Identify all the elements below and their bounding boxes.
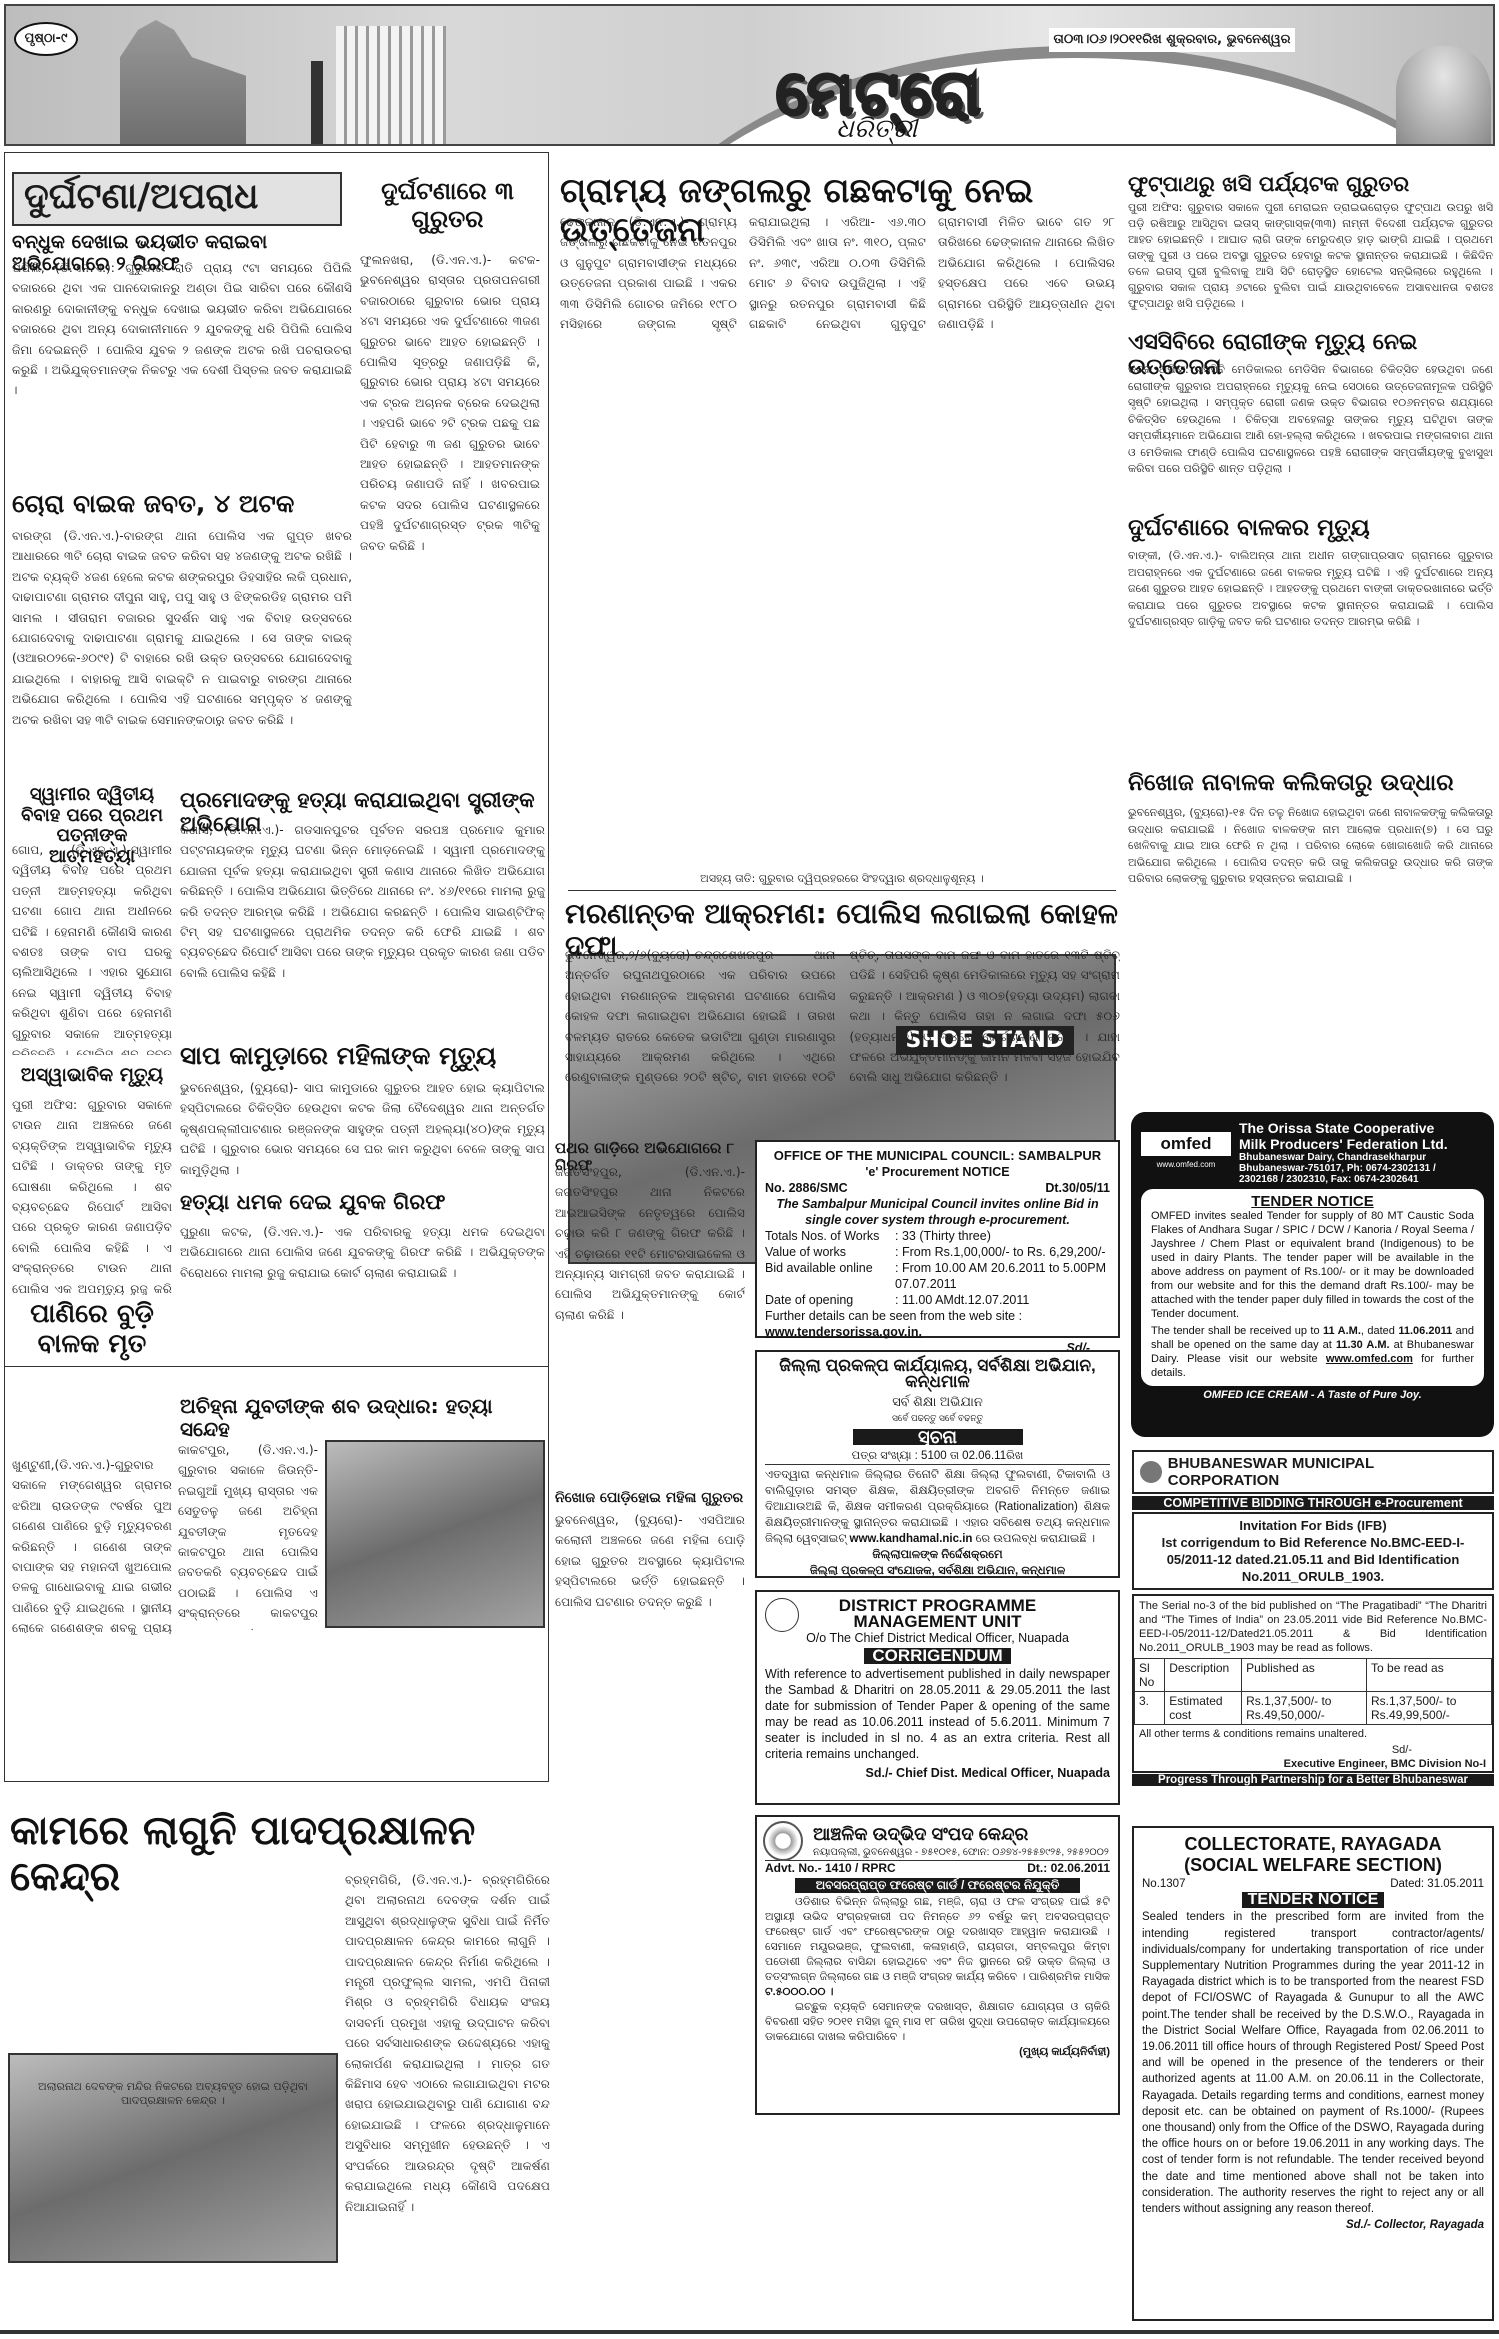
ssa-logo-tagline: ସର୍ବେ ପଢନ୍ତୁ ସର୍ବେ ବଢନ୍ତୁ	[765, 1410, 1110, 1426]
row-value: : 33 (Thirty three)	[895, 1228, 1110, 1244]
temple-image	[66, 20, 246, 144]
photo-caption: ଅଲାରନାଥ ଦେବଙ୍କ ମନ୍ଦିର ନିକଟରେ ଅବ୍ୟବହୃତ ହୋ…	[8, 2080, 338, 2108]
article-body: ଫୁଲନଖରା, (ଡି.ଏନ.ଏ.)- କଟକ-ଭୁବନେଶ୍ୱର ରାସ୍ତ…	[360, 250, 540, 725]
signatory: Sd./- Chief Dist. Medical Officer, Nuapa…	[765, 1765, 1110, 1781]
ad-title: MANAGEMENT UNIT	[765, 1614, 1110, 1630]
article-body: ବାରଙ୍ଗ (ଡି.ଏନ.ଏ.)-ବାରଙ୍ଗ ଥାନା ପୋଲିସ ଏକ ଗ…	[12, 526, 352, 726]
ad-body: The Serial no-3 of the bid published on …	[1134, 1596, 1492, 1658]
org-address: Bhubaneswar-751017, Ph: 0674-2302131 /	[1239, 1163, 1484, 1174]
date-line: ତା୦୩।୦୬।୨୦୧୧ରିଖ ଶୁକ୍ରବାର, ଭୁବନେଶ୍ୱର	[1049, 28, 1295, 52]
ad-body-text: ରେ ଉପଲବ୍ଧ କରାଯାଇଛି ।	[976, 1533, 1095, 1545]
headline: ସାପ କାମୁଡ଼ାରେ ମହିଳାଙ୍କ ମୃତ୍ୟୁ	[180, 1042, 545, 1071]
statue-image	[311, 61, 323, 146]
section-title: ଦୁର୍ଘଟଣା/ଅପରାଧ	[12, 172, 342, 226]
ad-ref-no: No.1307	[1142, 1876, 1185, 1892]
ad-title: COLLECTORATE, RAYAGADA	[1142, 1834, 1484, 1855]
ad-title: (SOCIAL WELFARE SECTION)	[1142, 1855, 1484, 1876]
omfed-tagline: OMFED ICE CREAM - A Taste of Pure Joy.	[1141, 1389, 1484, 1401]
article-body: ଢେଙ୍କାନାଳ, (ଡି.ଏନ.ଏ.)- ଗ୍ରାମ୍ୟ ଜଙ୍ଗଲରୁ ଗ…	[560, 212, 1115, 542]
divider	[568, 890, 1116, 891]
bmc-logo-icon	[1140, 1461, 1162, 1483]
headline: ନିଖୋଜ ନାବାଳକ କଲିକତାରୁ ଉଦ୍ଧାର	[1128, 770, 1496, 796]
ad-address: ନୟାପଲ୍ଲୀ, ଭୁବନେଶ୍ୱର - ୭୫୧୦୧୫, ଫୋନ: ୦୬୭୪-…	[765, 1845, 1110, 1861]
ad-ref-no: No. 2886/SMC	[765, 1180, 848, 1196]
headline: ଦୁର୍ଘଟଣାରେ ବାଳକର ମୃତ୍ୟୁ	[1128, 515, 1496, 541]
article-body: ବାଙ୍କୀ, (ଡି.ଏନ.ଏ.)- ବାଲିଅନ୍ତା ଥାନା ଅଧୀନ …	[1128, 548, 1493, 763]
ad-body: Sealed tenders in the prescribed form ar…	[1142, 1909, 1484, 2217]
ad-intro: The Sambalpur Municipal Council invites …	[765, 1196, 1110, 1228]
ad-body: With reference to advertisement publishe…	[765, 1666, 1110, 1762]
table-header: Published as	[1242, 1659, 1367, 1692]
org-address: Bhubaneswar Dairy, Chandrasekharpur	[1239, 1152, 1484, 1163]
corrigendum-label: CORRIGENDUM	[864, 1648, 1010, 1664]
nrhm-logo-icon	[765, 1598, 799, 1632]
ssa-logo-text: ସର୍ବ ଶିକ୍ଷା ଅଭିଯାନ	[765, 1394, 1110, 1410]
article-body: ଭୁବନେଶ୍ୱର, (ବ୍ୟୁରୋ)- ଏସପିଆର କଲୋନୀ ଅଞ୍ଚଳର…	[555, 1510, 745, 1960]
ad-title: ଜିଲ୍ଲା ପ୍ରକଳ୍ପ କାର୍ଯ୍ୟାଳୟ, ସର୍ବଶିକ୍ଷା ଅଭ…	[765, 1358, 1110, 1390]
headline: ଦୁର୍ଘଟଣାରେ ୩ ଗୁରୁତର	[355, 178, 540, 233]
table-cell: Rs.1,37,500/- to Rs.49,99,500/-	[1367, 1692, 1492, 1725]
page-bottom-rule	[0, 2330, 1499, 2334]
table-cell: 3.	[1135, 1692, 1165, 1725]
ad-ref: ପତ୍ର ସଂଖ୍ୟା : 5100 ତା 02.06.11ରିଖ	[765, 1448, 1110, 1464]
article-body: କଟକ ଅଫିସ: ଏସସିବି ମେଡିକାଲର ମେଡିସିନ ବିଭାଗର…	[1128, 362, 1493, 512]
omfed-site: www.omfed.com	[1141, 1160, 1231, 1169]
headline: ଚୋରା ବାଇକ ଜବତ, ୪ ଅଟକ	[12, 490, 357, 519]
ad-website-link[interactable]: www.tendersorissa.gov.in.	[765, 1324, 1110, 1340]
ad-body: OMFED invites sealed Tender for supply o…	[1151, 1209, 1474, 1321]
row-key: Date of opening	[765, 1292, 895, 1308]
ad-date: Dated: 31.05.2011	[1390, 1876, 1484, 1892]
tender-notice-heading: TENDER NOTICE	[1242, 1892, 1385, 1908]
ad-date: Dt.: 02.06.2011	[1027, 1861, 1110, 1876]
receive-date: 11.06.2011	[1398, 1325, 1452, 1337]
omfed-website-link[interactable]: www.omfed.com	[1326, 1353, 1413, 1365]
headline: ଅସ୍ୱାଭାବିକ ମୃତ୍ୟୁ	[12, 1065, 172, 1087]
ad-bar: COMPETITIVE BIDDING THROUGH e-Procuremen…	[1132, 1496, 1494, 1510]
signatory: Executive Engineer, BMC Division No-I	[1134, 1757, 1492, 1771]
kandhamal-notice-ad: ଜିଲ୍ଲା ପ୍ରକଳ୍ପ କାର୍ଯ୍ୟାଳୟ, ସର୍ବଶିକ୍ଷା ଅଭ…	[755, 1350, 1120, 1578]
article-body: ପୁରୀ ଅଫିସ: ଗୁରୁବାର ସକାଳେ ପୁରୀ ମେରାଇନ ଡ୍ର…	[1128, 200, 1493, 325]
ad-banner: ଅବସରପ୍ରାପ୍ତ ଫରେଷ୍ଟ ଗାର୍ଡ / ଫରେଷ୍ଟର ନିଯୁକ…	[795, 1878, 1080, 1893]
bmc-tagline: Progress Through Partnership for a Bette…	[1132, 1774, 1494, 1786]
signatory: Sd./- Collector, Rayagada	[1142, 2217, 1484, 2233]
ad-title: OFFICE OF THE MUNICIPAL COUNCIL: SAMBALP…	[765, 1148, 1110, 1164]
row-key: Value of works	[765, 1244, 895, 1260]
ad-body-text: ଓଡିଶାର ବିଭିନ୍ନ ଜିଲ୍ଲାରୁ ଗଛ, ମଞ୍ଜି, ଚାରା …	[765, 1896, 1110, 1983]
omfed-logo: omfed	[1141, 1132, 1231, 1156]
ad-body-text: , dated	[1361, 1325, 1395, 1337]
masthead-arc	[626, 46, 1495, 146]
sambalpur-tender-ad: OFFICE OF THE MUNICIPAL COUNCIL: SAMBALP…	[755, 1140, 1120, 1338]
headline: ଫୁଟ୍‌ପାଥରୁ ଖସି ପର୍ଯ୍ୟଟକ ଗୁରୁତର	[1128, 172, 1496, 196]
page-number-badge: ପୃଷ୍ଠା-୯	[14, 22, 78, 56]
ad-further: Further details can be seen from the web…	[765, 1308, 1110, 1324]
rprc-recruitment-ad: ଆଞ୍ଚଳିକ ଉଦ୍ଭିଦ ସଂପଦ କେନ୍ଦ୍ର ନୟାପଲ୍ଲୀ, ଭୁ…	[755, 1815, 1120, 2115]
org-address: 2302168 / 2302310, Fax: 0674-2302641	[1239, 1174, 1484, 1185]
article-body: ଜଗତସିଂହପୁର, (ଡି.ଏନ.ଏ.)- ଜଗତସିଂହପୁର ଥାନା …	[555, 1162, 745, 1482]
headline: ପାଣିରେ ବୁଡ଼ି ବାଳକ ମୃତ	[12, 1300, 172, 1360]
bmc-ifb-ad: BHUBANESWAR MUNICIPAL CORPORATION COMPET…	[1132, 1450, 1494, 1790]
signatory: ଜିଲ୍ଲା ପ୍ରକଳ୍ପ ସଂଯୋଜକ, ସର୍ବଶିକ୍ଷା ଅଭିଯାନ…	[765, 1563, 1110, 1579]
advt-number: Advt. No.- 1410 / RPRC	[765, 1861, 896, 1876]
article-body: ଭୁବନେଶ୍ୱର, (ବ୍ୟୁରୋ)- ସାପ କାମୁଡାରେ ଗୁରୁତର…	[180, 1078, 545, 1183]
ad-date: Dt.30/05/11	[1045, 1180, 1110, 1196]
table-cell: Estimated cost	[1165, 1692, 1242, 1725]
rayagada-tender-ad: COLLECTORATE, RAYAGADA (SOCIAL WELFARE S…	[1132, 1826, 1494, 2321]
tender-notice-heading: TENDER NOTICE	[1151, 1195, 1474, 1209]
ad-subtitle: 'e' Procurement NOTICE	[765, 1164, 1110, 1180]
masthead: ପୃଷ୍ଠା-୯ ମେଟ୍ରୋ ଧରିତ୍ରୀ ତା୦୩।୦୬।୨୦୧୧ରିଖ …	[4, 4, 1495, 146]
ad-office: O/o The Chief District Medical Officer, …	[765, 1630, 1110, 1646]
row-value: : From 10.00 AM 20.6.2011 to 5.00PM 07.0…	[895, 1260, 1110, 1292]
terms-text: All other terms & conditions remains una…	[1134, 1725, 1492, 1743]
table-header: To be read as	[1367, 1659, 1492, 1692]
stupa-image	[1396, 46, 1491, 146]
headline: ନିଖୋଜ ପୋଡ଼ିହୋଇ ମହିଳା ଗୁରୁତର	[555, 1490, 745, 1506]
table-header: Sl No	[1135, 1659, 1165, 1692]
photo-caption: ଅସହ୍ୟ ତାତି: ଗୁରୁବାର ଦ୍ୱିପ୍ରହରରେ ସିଂହଦ୍ୱା…	[568, 872, 1116, 886]
ifb-title: Invitation For Bids (IFB)	[1137, 1517, 1489, 1534]
table-header: Description	[1165, 1659, 1242, 1692]
row-value: : 11.00 AMdt.12.07.2011	[895, 1292, 1110, 1308]
ifb-reference: Ist corrigendum to Bid Reference No.BMC-…	[1137, 1534, 1489, 1585]
row-key: Totals Nos. of Works	[765, 1228, 895, 1244]
ad-title: ଆଞ୍ଚଳିକ ଉଦ୍ଭିଦ ସଂପଦ କେନ୍ଦ୍ର	[765, 1823, 1110, 1845]
article-body: ଗୋପ, (ଡି.ଏନ.ଏ.)-ସ୍ୱାମୀର ଦ୍ୱିତୀୟ ବିବାହ ପର…	[12, 840, 172, 1055]
signatory: (ମୁଖ୍ୟ କାର୍ଯ୍ୟନିର୍ବାହୀ)	[765, 2045, 1110, 2060]
ad-website-link[interactable]: www.kandhamal.nic.in	[850, 1533, 973, 1545]
dpmu-corrigendum-ad: DISTRICT PROGRAMME MANAGEMENT UNIT O/o T…	[755, 1590, 1120, 1805]
article-body: ବ୍ରହ୍ମଗିରି, (ଡି.ଏନ.ଏ.)- ବ୍ରହ୍ମଗିରିରେ ଥିବ…	[345, 1870, 550, 2330]
article-body: ପୁରୀ ଅଫିସ: ଗୁରୁବାର ସକାଳେ ଟାଉନ ଥାନା ଅଞ୍ଚଳ…	[12, 1095, 172, 1295]
newspaper-logo-sub: ଧରିତ୍ରୀ	[836, 114, 917, 145]
by-order: ଜିଲ୍ଲାପାଳଙ୍କ ନିର୍ଦ୍ଦେଶକ୍ରମେ	[765, 1547, 1110, 1563]
signature-sd: Sd/-	[1134, 1743, 1492, 1757]
row-value: : From Rs.1,00,000/- to Rs. 6,29,200/-	[895, 1244, 1110, 1260]
article-body: ଭୁବନେଶ୍ୱର, (ବ୍ୟୁରୋ)-୧୫ ଦିନ ତଳୁ ନିଖୋଜ ହୋଇ…	[1128, 805, 1493, 1105]
crime-section-frame-lower	[4, 1367, 549, 1782]
salary-amount: ଟ.୫୦୦୦.୦୦ ।	[765, 1986, 833, 1998]
article-body: ପିପିଲି, (ଡି.ଏନ.ଏ.): ଗୁରୁବାର ରାତି ପ୍ରାୟ ୯…	[12, 258, 352, 488]
omfed-tender-ad: omfed www.omfed.com The Orissa State Coo…	[1131, 1112, 1494, 1437]
article-body: କଣାସ, (ଡି.ଏନ.ଏ.)- ଗଡସାନପୁଟର ପୂର୍ବତନ ସରପଞ…	[180, 820, 545, 1030]
headline: ହତ୍ୟା ଧମକ ଦେଇ ଯୁବକ ଗିରଫ	[180, 1190, 545, 1214]
assembly-building-image	[336, 26, 446, 146]
rprc-logo-icon	[763, 1821, 803, 1861]
org-name: The Orissa State Cooperative	[1239, 1120, 1484, 1136]
ad-body: ଏତଦ୍ୱାରା କନ୍ଧମାଳ ଜିଲ୍ଲାର ତିନୋଟି ଶିକ୍ଷା ଜ…	[765, 1464, 1110, 1547]
open-time: 11.30 A.M.	[1336, 1339, 1390, 1351]
notice-label: ସୂଚନା	[853, 1429, 1023, 1445]
org-name: Milk Producers' Federation Ltd.	[1239, 1136, 1484, 1152]
ad-body-text: The tender shall be received up to	[1151, 1325, 1320, 1337]
row-key: Bid available online	[765, 1260, 895, 1292]
article-body: ଭୁବନେଶ୍ୱର,୨/୬(ବ୍ୟୁରୋ)-ଚନ୍ଦ୍ରଶେଖରପୁର ଥାନା…	[565, 945, 1120, 1135]
ad-body-text: ଇଚ୍ଛୁକ ବ୍ୟକ୍ତି ସେମାନଙ୍କ ଦରଖାସ୍ତ, ଶିକ୍ଷାଗ…	[765, 2000, 1110, 2045]
table-cell: Rs.1,37,500/- to Rs.49,50,000/-	[1242, 1692, 1367, 1725]
bmc-corrigendum-table: Sl No Description Published as To be rea…	[1134, 1658, 1492, 1725]
ad-title: BHUBANESWAR MUNICIPAL CORPORATION	[1168, 1455, 1486, 1489]
table-row: 3. Estimated cost Rs.1,37,500/- to Rs.49…	[1135, 1692, 1492, 1725]
receive-time: 11 A.M.	[1323, 1325, 1361, 1337]
